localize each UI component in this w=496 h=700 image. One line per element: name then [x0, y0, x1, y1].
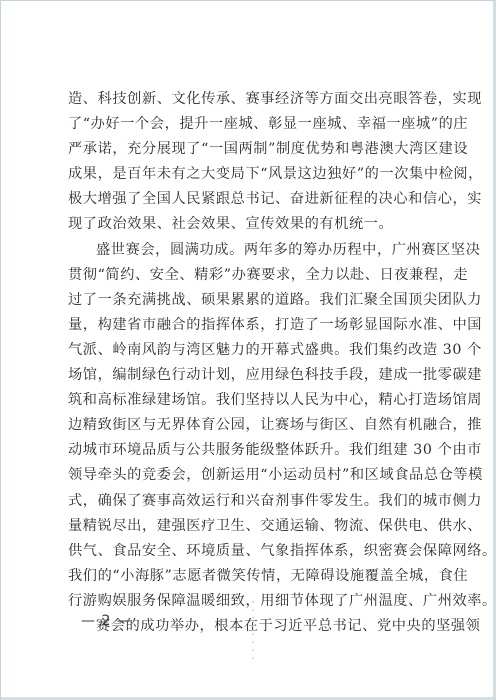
binding-marks: [252, 601, 254, 661]
page-number: — 2 —: [81, 613, 132, 629]
text-line: 量，构建省市融合的指挥体系，打造了一场彰显国际水准、中国: [68, 313, 440, 338]
text-line: 场馆，编制绿色行动计划，应用绿色科技手段，建成一批零碳建: [68, 363, 440, 388]
text-line: 量精锐尽出，建强医疗卫生、交通运输、物流、保供电、供水、: [68, 514, 440, 539]
text-line: 供气、食品安全、环境质量、气象指挥体系，织密赛会保障网络。: [68, 539, 440, 564]
text-line: 领导牵头的竞委会，创新运用“小运动员村”和区域食品总仓等模: [68, 463, 440, 488]
text-line: 气派、岭南风韵与湾区魅力的开幕式盛典。我们集约改造 30 个: [68, 338, 440, 363]
text-line: 盛世赛会，圆满功成。两年多的筹办历程中，广州赛区坚决: [68, 238, 440, 263]
document-page: 造、科技创新、文化传承、赛事经济等方面交出亮眼答卷，实现 了“办好一个会，提升一…: [0, 0, 496, 700]
text-line: 过了一条充满挑战、硕果累累的道路。我们汇聚全国顶尖团队力: [68, 288, 440, 313]
text-line: 现了政治效果、社会效果、宣传效果的有机统一。: [68, 212, 440, 237]
document-body: 造、科技创新、文化传承、赛事经济等方面交出亮眼答卷，实现 了“办好一个会，提升一…: [68, 87, 440, 639]
text-line: 极大增强了全国人民紧跟总书记、奋进新征程的决心和信心，实: [68, 187, 440, 212]
text-line: 严承诺，充分展现了“一国两制”制度优势和粤港澳大湾区建设: [68, 137, 440, 162]
text-line: 了“办好一个会，提升一座城、彰显一座城、幸福一座城”的庄: [68, 112, 440, 137]
text-line: 成果，是百年未有之大变局下“风景这边独好”的一次集中检阅，: [68, 162, 440, 187]
text-line: 我们的“小海豚”志愿者微笑传情，无障碍设施覆盖全城，食住: [68, 564, 440, 589]
text-line: 动城市环境品质与公共服务能级整体跃升。我们组建 30 个由市: [68, 438, 440, 463]
text-line: 式，确保了赛事高效运行和兴奋剂事件零发生。我们的城市侧力: [68, 489, 440, 514]
text-line: 边精致街区与无界体育公园，让赛场与街区、自然有机融合，推: [68, 413, 440, 438]
text-line: 造、科技创新、文化传承、赛事经济等方面交出亮眼答卷，实现: [68, 87, 440, 112]
text-line: 筑和高标准绿建场馆。我们坚持以人民为中心，精心打造场馆周: [68, 388, 440, 413]
text-line: 贯彻“简约、安全、精彩”办赛要求，全力以赴、日夜兼程，走: [68, 263, 440, 288]
text-line: 行游购娱服务保障温暖细致，用细节体现了广州温度、广州效率。: [68, 589, 440, 614]
